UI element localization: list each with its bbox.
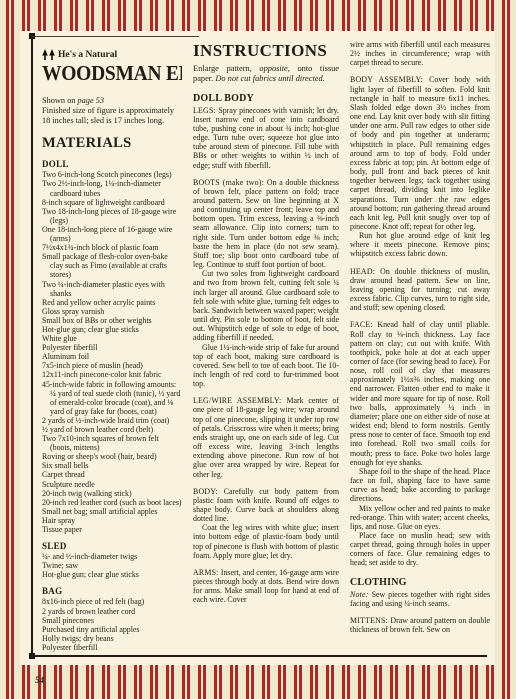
materials-item: Holly twigs; dry beans [42,634,182,643]
instruction-paragraph: BODY ASSEMBLY: Cover body with light lay… [350,75,490,231]
materials-list: Two 6-inch-long Scotch pinecones (legs)T… [42,170,182,534]
instruction-paragraph: FACE: Knead half of clay until pliable. … [350,320,490,467]
page-number: 54 [35,675,44,685]
text-run: opposite, [259,64,289,73]
shown-on-line: Shown on page 53 [42,96,182,106]
materials-item: 20-inch twig (walking stick) [42,489,182,498]
materials-item: Hair spray [42,516,182,525]
paragraph-label: Note: [350,590,372,599]
materials-item: ¼- and ½-inch-diameter twigs [42,552,182,561]
materials-item: 45-inch-wide fabric in following amounts… [42,380,182,416]
instruction-paragraph: LEGS: Spray pinecones with varnish; let … [193,106,339,170]
materials-item: 20-inch red leather cord (such as boot l… [42,498,182,507]
instructions-intro: Enlarge pattern, opposite, onto tissue p… [193,64,339,84]
materials-item: Tissue paper [42,525,182,534]
section-subheading: CLOTHING [350,577,490,588]
paragraph-label: BODY: [193,487,224,496]
materials-item: Red and yellow ocher acrylic paints [42,298,182,307]
materials-item: 7x5-inch piece of muslin (head) [42,361,182,370]
text-run: Shown on [42,96,78,105]
materials-item: Hot-glue gun; clear glue sticks [42,325,182,334]
instruction-paragraph: HEAD: On double thickness of muslin, dra… [350,267,490,313]
materials-item: 2 yards of ½-inch-wide braid trim (coat) [42,416,182,425]
instruction-paragraph: LEG/WIRE ASSEMBLY: Mark center of one pi… [193,396,339,478]
left-rule [31,36,33,658]
materials-item: Sculpture needle [42,480,182,489]
materials-item: Two 2½-inch-long, 1¼-inch-diameter cardb… [42,179,182,197]
materials-item: Small package of flesh-color oven-bake c… [42,252,182,279]
paragraph-label: LEGS: [193,106,218,115]
paragraph-label: MITTENS: [350,616,390,625]
trees-icon [42,49,55,60]
materials-item: Aluminum foil [42,352,182,361]
top-rule [31,36,199,37]
magazine-page: He's a Natural WOODSMAN ELF Shown on pag… [0,0,516,699]
materials-list: ¼- and ½-inch-diameter twigsTwine; sawHo… [42,552,182,579]
materials-item: Two 6-inch-long Scotch pinecones (legs) [42,170,182,179]
materials-item: Carpet thread [42,470,182,479]
left-column: He's a Natural WOODSMAN ELF Shown on pag… [42,40,182,652]
paragraph-label: BOOTS (make two): [193,178,267,187]
materials-item: Two ¼-inch-diameter plastic eyes with sh… [42,280,182,298]
instructions-middle-blocks: DOLL BODYLEGS: Spray pinecones with varn… [193,93,339,605]
instruction-paragraph: Mix yellow ocher and red paints to make … [350,504,490,531]
instruction-paragraph: MITTENS: Draw around pattern on double t… [350,616,490,634]
materials-item: 7½x4x1¾-inch block of plastic foam [42,243,182,252]
section-subheading: DOLL BODY [193,93,339,104]
materials-item: 8-inch square of lightweight cardboard [42,198,182,207]
instructions-right-blocks: wire arms with fiberfill until each meas… [350,40,490,634]
materials-item: Purchased tiny artificial apples [42,625,182,634]
instruction-paragraph: ARMS: Insert, and center, 16-gauge arm w… [193,568,339,605]
kicker-row: He's a Natural [42,49,182,60]
text-run: page 53 [78,96,105,105]
columns: He's a Natural WOODSMAN ELF Shown on pag… [42,40,490,652]
materials-item: Hot-glue gun; clear glue sticks [42,570,182,579]
materials-list: 8x16-inch piece of red felt (bag)2 yards… [42,597,182,652]
text-run: Do not cut fabrics until directed. [215,74,324,83]
instructions-heading: INSTRUCTIONS [193,41,339,61]
materials-item: Two 18-inch-long pieces of 18-gauge wire… [42,207,182,225]
materials-item: Small pinecones [42,616,182,625]
materials-item: 2 yards of brown leather cord [42,607,182,616]
materials-item: Polyester fiberfill [42,343,182,352]
paragraph-label: FACE: [350,320,377,329]
instruction-paragraph: Coat the leg wires with white glue; inse… [193,523,339,560]
materials-subheading: SLED [42,541,182,551]
materials-heading: MATERIALS [42,135,182,152]
materials-item: 8x16-inch piece of red felt (bag) [42,597,182,606]
instruction-paragraph: Place face on muslin head; sew with carp… [350,531,490,568]
paragraph-label: HEAD: [350,267,380,276]
materials-item: Polyester fiberfill [42,643,182,652]
content-paper: He's a Natural WOODSMAN ELF Shown on pag… [20,31,495,665]
materials-item: Small net bag; small artificial apples [42,507,182,516]
kicker-text: He's a Natural [58,50,117,60]
instruction-paragraph: Cut two soles from lightweight cardboard… [193,269,339,342]
materials-item: Two 7x10-inch squares of brown felt (boo… [42,434,182,452]
bottom-rule [31,655,487,657]
materials-item: Gloss spray varnish [42,307,182,316]
materials-item: Twine; saw [42,561,182,570]
paragraph-label: LEG/WIRE ASSEMBLY: [193,396,286,405]
materials-item: Small box of BBs or other weights [42,316,182,325]
instruction-paragraph: Glue 1¼-inch-wide strip of fake fur arou… [193,343,339,389]
right-column: wire arms with fiberfill until each meas… [350,40,490,652]
text-run: Enlarge pattern, [193,64,259,73]
instruction-paragraph: Run hot glue around edge of knit leg whe… [350,231,490,258]
materials-subheading: BAG [42,586,182,596]
materials-sections: DOLLTwo 6-inch-long Scotch pinecones (le… [42,159,182,652]
materials-item: Roving or sheep's wool (hair, beard) [42,452,182,461]
materials-item: White glue [42,334,182,343]
paragraph-label: ARMS: [193,568,221,577]
paragraph-label: BODY ASSEMBLY: [350,75,429,84]
materials-item: 12x11-inch pinecone-color knit fabric [42,370,182,379]
materials-item: Six small bells [42,461,182,470]
instruction-paragraph: BOOTS (make two): On a double thickness … [193,178,339,270]
middle-column: INSTRUCTIONS Enlarge pattern, opposite, … [193,40,339,652]
materials-subheading: DOLL [42,159,182,169]
page-title: WOODSMAN ELF [42,62,172,84]
instruction-paragraph: Note: Sew pieces together with right sid… [350,590,490,608]
materials-item: ½ yard of brown leather cord (belt) [42,425,182,434]
instruction-paragraph: wire arms with fiberfill until each meas… [350,40,490,67]
finished-size-text: Finished size of figure is approximately… [42,106,182,126]
instruction-paragraph: BODY: Carefully cut body pattern from pl… [193,487,339,524]
materials-item: One 18-inch-long piece of 16-gauge wire … [42,225,182,243]
instruction-paragraph: Shape foil to the shape of the head. Pla… [350,467,490,504]
